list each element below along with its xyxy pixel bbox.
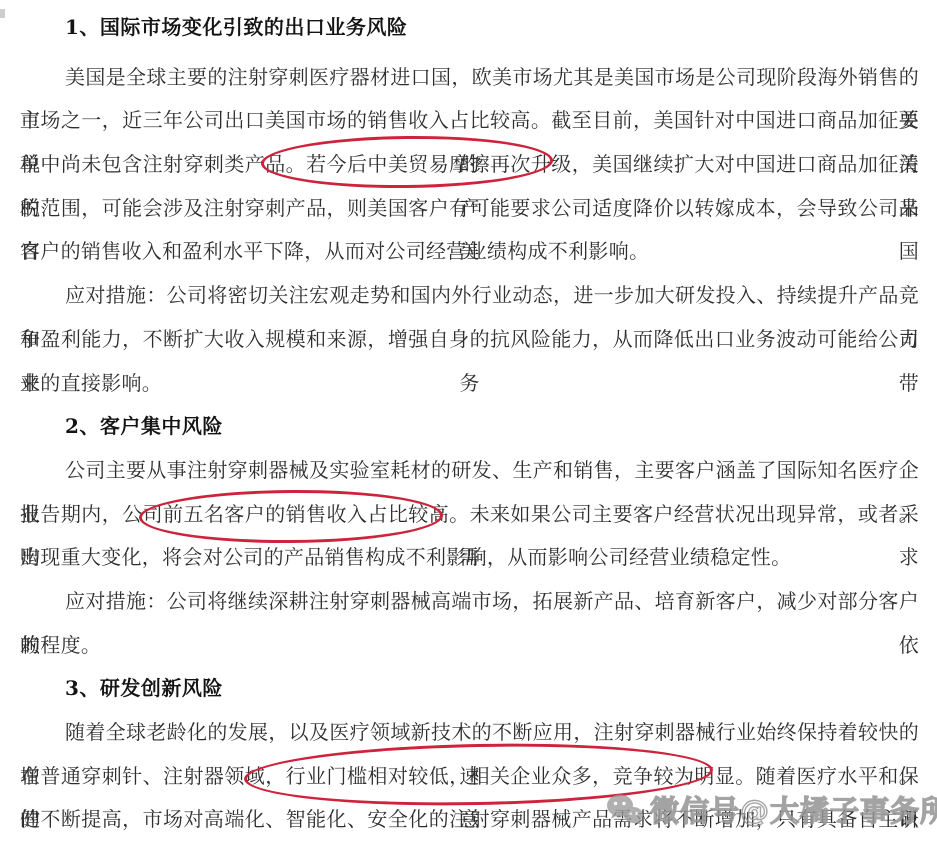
document-content: 1、国际市场变化引致的出口业务风险 美国是全球主要的注射穿刺医疗器材进口国，欧美…: [20, 6, 919, 842]
section-export-risk: 1、国际市场变化引致的出口业务风险 美国是全球主要的注射穿刺医疗器材进口国，欧美…: [20, 6, 919, 405]
text-line: 公司主要从事注射穿刺器械及实验室耗材的研发、生产和销售，主要客户涵盖了国际知名医…: [20, 449, 919, 493]
section-rd-innovation-risk: 3、研发创新风险 随着全球老龄化的发展，以及医疗领域新技术的不断应用，注射穿刺器…: [20, 667, 919, 842]
text-line: 市场之一，近三年公司出口美国市场的销售收入占比较高。截至目前，美国针对中国进口商…: [20, 99, 919, 143]
section-customer-concentration-risk: 2、客户集中风险 公司主要从事注射穿刺器械及实验室耗材的研发、生产和销售，主要客…: [20, 405, 919, 667]
text-line: 出现重大变化，将会对公司的产品销售构成不利影响，从而影响公司经营业绩稳定性。: [20, 536, 919, 580]
document-page: 1、国际市场变化引致的出口业务风险 美国是全球主要的注射穿刺医疗器材进口国，欧美…: [0, 0, 937, 851]
section-heading: 3、研发创新风险: [20, 667, 919, 711]
text-line: 单中尚未包含注射穿刺类产品。若今后中美贸易摩擦再次升级，美国继续扩大对中国进口商…: [20, 143, 919, 187]
section-heading: 1、国际市场变化引致的出口业务风险: [20, 6, 919, 50]
text-line: 美国是全球主要的注射穿刺医疗器材进口国，欧美市场尤其是美国市场是公司现阶段海外销…: [20, 56, 919, 100]
scan-artifact: [0, 9, 5, 18]
text-line: 在普通穿刺针、注射器领域，行业门槛相对较低，相关企业众多，竞争较为明显。随着医疗…: [20, 755, 919, 799]
text-line: 的范围，可能会涉及注射穿刺产品，则美国客户有可能要求公司适度降价以转嫁成本，会导…: [20, 187, 919, 231]
text-line: 报告期内，公司前五名客户的销售收入占比较高。未来如果公司主要客户经营状况出现异常…: [20, 493, 919, 537]
text-line: 和盈利能力，不断扩大收入规模和来源，增强自身的抗风险能力，从而降低出口业务波动可…: [20, 318, 919, 362]
text-line: 应对措施：公司将继续深耕注射穿刺器械高端市场，拓展新产品、培育新客户，减少对部分…: [20, 580, 919, 624]
section-heading: 2、客户集中风险: [20, 405, 919, 449]
text-line: 的不断提高，市场对高端化、智能化、安全化的注射穿刺器械产品需求将不断增加，只有具…: [20, 798, 919, 842]
text-line: 应对措施：公司将密切关注宏观走势和国内外行业动态，进一步加大研发投入、持续提升产…: [20, 274, 919, 318]
text-line: 随着全球老龄化的发展，以及医疗领域新技术的不断应用，注射穿刺器械行业始终保持着较…: [20, 711, 919, 755]
